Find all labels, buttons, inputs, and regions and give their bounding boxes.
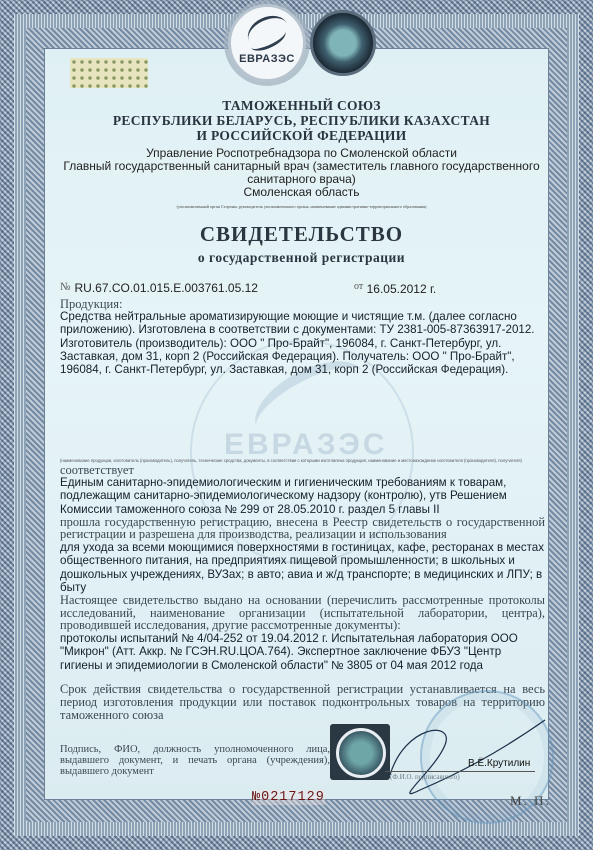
signatory-name: В.Ё.Крутилин [468, 758, 530, 769]
union-line: РЕСПУБЛИКИ БЕЛАРУСЬ, РЕСПУБЛИКИ КАЗАХСТА… [60, 113, 543, 128]
signature-line [385, 771, 535, 772]
union-line: ТАМОЖЕННЫЙ СОЮЗ [60, 98, 543, 113]
authority-caption: (уполномоченный орган Стороны, руководит… [60, 204, 543, 209]
conformity-text: Единым санитарно-эпидемиологическим и ги… [60, 476, 545, 516]
conformity-label: соответствует [60, 465, 545, 476]
registration-usage: для ухода за всеми моющимися поверхностя… [60, 541, 545, 594]
hologram-sticker [330, 724, 390, 780]
hologram-strip [70, 58, 148, 88]
certificate-number: RU.67.CO.01.015.E.003761.05.12 [75, 281, 258, 295]
union-line: И РОССИЙСКОЙ ФЕДЕРАЦИИ [60, 128, 543, 143]
number-label: № [60, 281, 71, 293]
certificate-title: СВИДЕТЕЛЬСТВО [60, 222, 543, 247]
registration-statement: прошла государственную регистрацию, внес… [60, 516, 545, 541]
product-label: Продукция: [60, 298, 545, 310]
certificate-number-row: №RU.67.CO.01.015.E.003761.05.12 [60, 281, 258, 295]
product-text: Средства нейтральные ароматизирующие мою… [60, 310, 545, 376]
issuer-header: ТАМОЖЕННЫЙ СОЮЗ РЕСПУБЛИКИ БЕЛАРУСЬ, РЕС… [60, 98, 543, 199]
authority-line: Главный государственный санитарный врач … [60, 160, 543, 186]
eurasec-emblem: ЕВРАЗЭС [228, 4, 306, 82]
serial-number: №0217129 [252, 790, 325, 805]
product-section: Продукция: Средства нейтральные ароматиз… [60, 298, 545, 376]
seal-mark: М. П. [510, 793, 551, 809]
authority-line: Смоленская область [60, 186, 543, 199]
basis-statement: Настоящее свидетельство выдано на основа… [60, 594, 545, 632]
certificate-date: 16.05.2012 г. [367, 282, 437, 296]
certificate-subtitle: о государственной регистрации [60, 250, 543, 266]
certificate-date-row: от 16.05.2012 г. [354, 281, 436, 296]
date-label: от [354, 281, 363, 292]
signature-caption: Подпись, ФИО, должность уполномоченного … [60, 744, 330, 777]
hologram-seal-icon [336, 728, 386, 778]
certificate-page: ЕВРАЗЭС ЕВРАЗЭС ТАМОЖЕННЫЙ СОЮЗ РЕСПУБЛИ… [0, 0, 593, 850]
conformity-section: соответствует Единым санитарно-эпидемиол… [60, 465, 545, 672]
watermark-label: ЕВРАЗЭС [224, 428, 388, 462]
basis-documents: протоколы испытаний № 4/04-252 от 19.04.… [60, 632, 545, 672]
signatory-caption: (Ф.И.О. подписавшего) [390, 773, 460, 781]
emblem-label: ЕВРАЗЭС [231, 53, 303, 65]
hologram-seal-icon [310, 10, 376, 76]
